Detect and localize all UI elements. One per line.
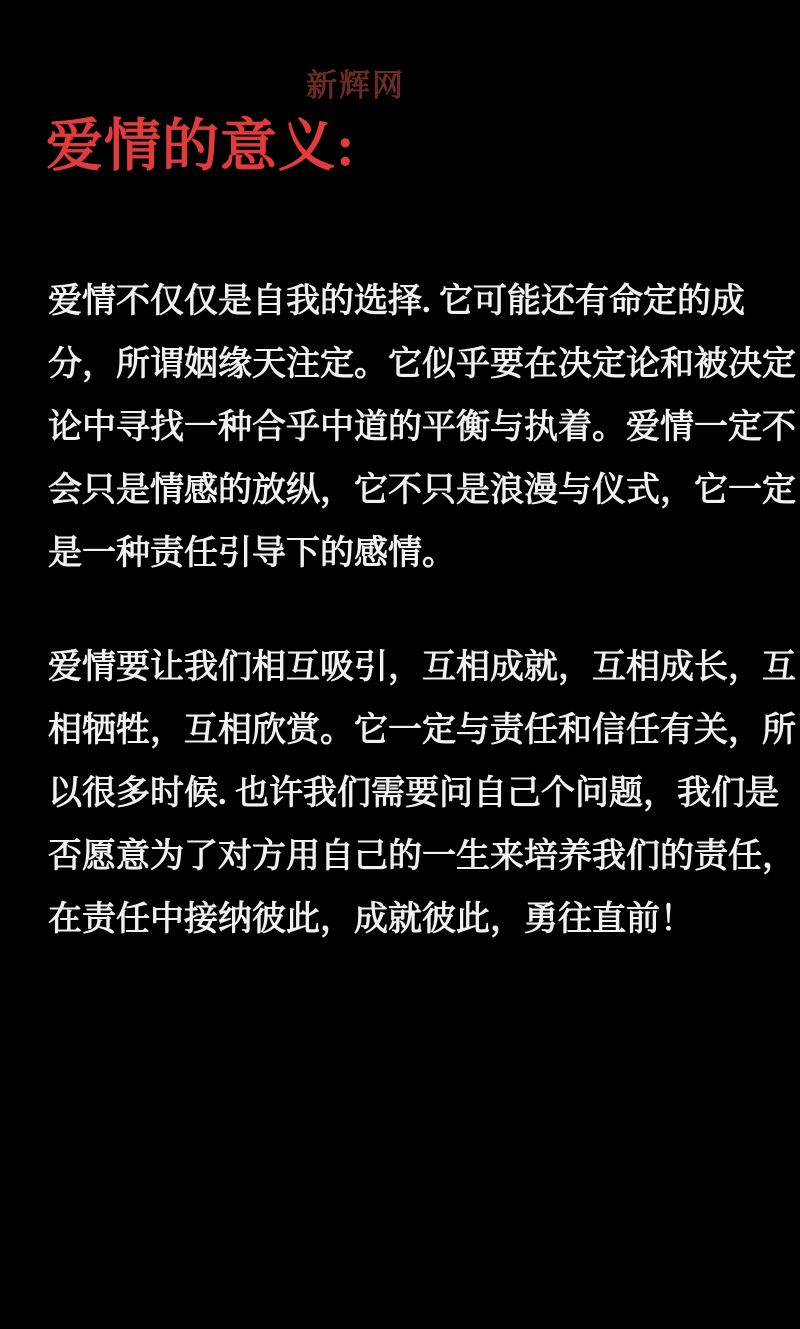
watermark: 新辉网: [306, 60, 405, 105]
paragraph-line: 论中寻找一种合乎中道的平衡与执着。爱情一定不: [48, 396, 760, 459]
paragraph-1: 爱情不仅仅是自我的选择. 它可能还有命定的成 分，所谓姻缘天注定。它似乎要在决定…: [48, 270, 760, 585]
paragraph-line: 是一种责任引导下的感情。: [48, 522, 760, 585]
paragraph-line: 在责任中接纳彼此，成就彼此，勇往直前！: [48, 888, 760, 951]
paragraph-2: 爱情要让我们相互吸引，互相成就，互相成长，互 相牺牲，互相欣赏。它一定与责任和信…: [48, 636, 760, 951]
paragraph-line: 爱情不仅仅是自我的选择. 它可能还有命定的成: [48, 270, 760, 333]
page-title: 爱情的意义:: [46, 100, 356, 182]
paragraph-line: 否愿意为了对方用自己的一生来培养我们的责任，: [48, 825, 760, 888]
poster: 新辉网 爱情的意义: 爱情不仅仅是自我的选择. 它可能还有命定的成 分，所谓姻缘…: [0, 0, 800, 1329]
paragraph-line: 相牺牲，互相欣赏。它一定与责任和信任有关，所: [48, 699, 760, 762]
paragraph-line: 以很多时候. 也许我们需要问自己个问题，我们是: [48, 762, 760, 825]
paragraph-line: 爱情要让我们相互吸引，互相成就，互相成长，互: [48, 636, 760, 699]
paragraph-line: 会只是情感的放纵，它不只是浪漫与仪式，它一定: [48, 459, 760, 522]
paragraph-line: 分，所谓姻缘天注定。它似乎要在决定论和被决定: [48, 333, 760, 396]
